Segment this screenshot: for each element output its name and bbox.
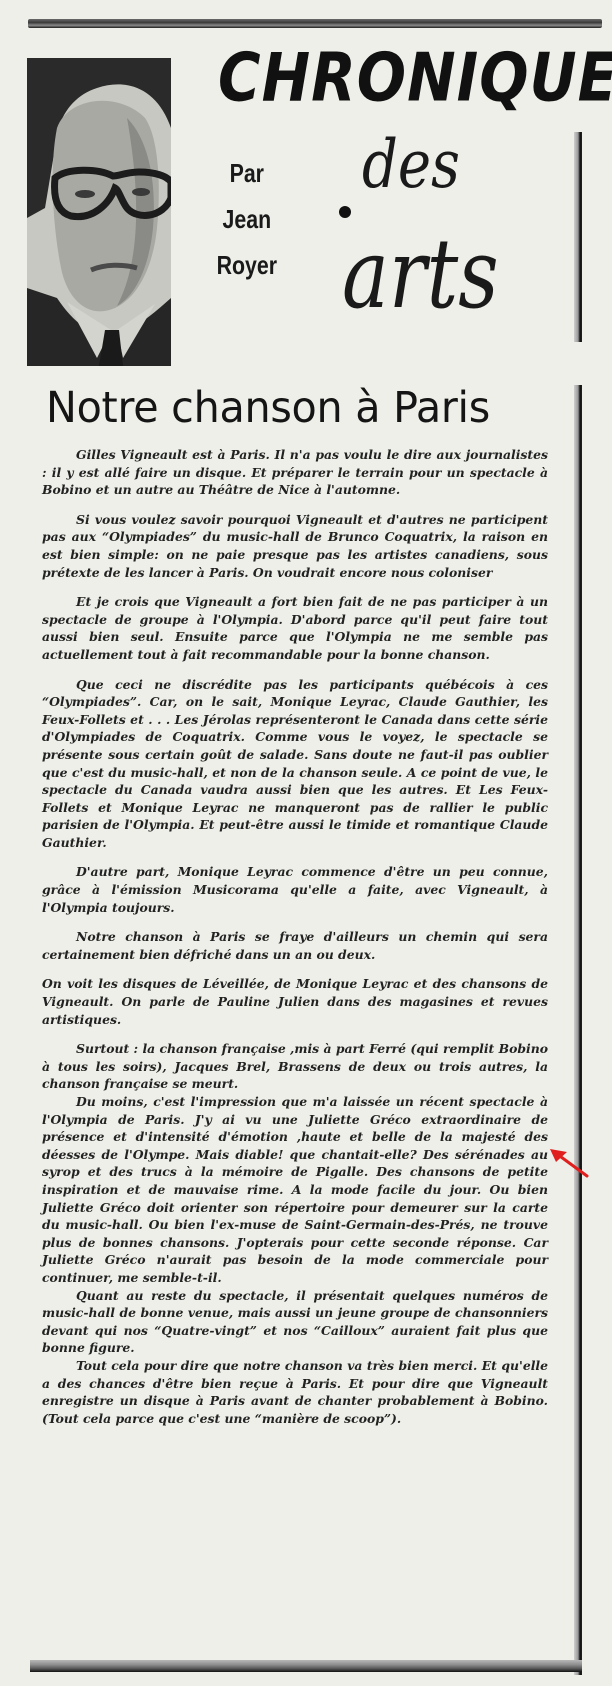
byline-par: Par: [214, 150, 280, 196]
paragraph-10: Quant au reste du spectacle, il présenta…: [42, 1287, 548, 1357]
column-subtitle-des: des: [362, 132, 460, 198]
paragraph-3: Et je crois que Vigneault a fort bien fa…: [42, 593, 548, 663]
byline-last-name: Royer: [214, 242, 280, 288]
red-arrow-icon: [547, 1146, 589, 1180]
paragraph-9: Du moins, c'est l'impression que m'a lai…: [42, 1093, 548, 1287]
byline-first-name: Jean: [214, 196, 280, 242]
paragraph-7: On voit les disques de Léveillée, de Mon…: [42, 975, 548, 1028]
article-body: Gilles Vigneault est à Paris. Il n'a pas…: [42, 446, 548, 1427]
column-subtitle-arts: arts: [342, 226, 499, 322]
header-right-rule: [574, 132, 582, 342]
bottom-rule: [30, 1660, 582, 1672]
portrait-icon: [27, 58, 171, 366]
column-title: CHRONIQUE: [218, 44, 603, 111]
paragraph-5: D'autre part, Monique Leyrac commence d'…: [42, 863, 548, 916]
article-right-rule: [574, 385, 582, 1675]
top-rule: [28, 19, 602, 28]
paragraph-11: Tout cela pour dire que notre chanson va…: [42, 1357, 548, 1427]
byline: Par Jean Royer: [214, 150, 280, 288]
paragraph-4: Que ceci ne discrédite pas les participa…: [42, 676, 548, 852]
article-headline: Notre chanson à Paris: [46, 380, 536, 436]
paragraph-6: Notre chanson à Paris se fraye d'ailleur…: [42, 928, 548, 963]
bullet-dot-icon: [339, 206, 351, 218]
paragraph-1: Gilles Vigneault est à Paris. Il n'a pas…: [42, 446, 548, 499]
author-photo: [27, 58, 171, 366]
paragraph-2: Si vous voulez savoir pourquoi Vigneault…: [42, 511, 548, 581]
paragraph-8: Surtout : la chanson française ,mis à pa…: [42, 1040, 548, 1093]
